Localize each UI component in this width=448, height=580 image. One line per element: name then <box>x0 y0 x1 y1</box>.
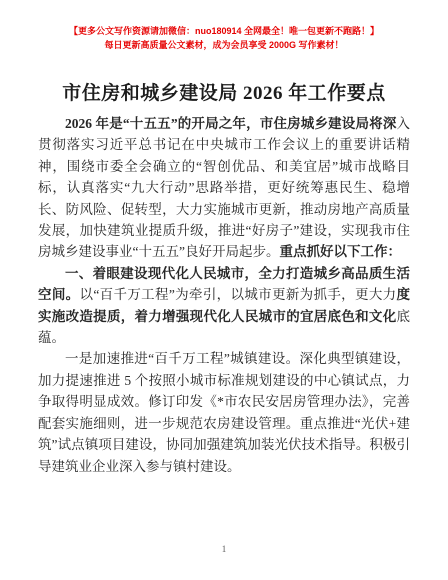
document-page: 【更多公文写作资源请加微信：nuo180914 全网最全！唯一包更新不跑路！】 … <box>0 0 448 580</box>
body-paragraph: 2026 年是“十五五”的开局之年，市住房城乡建设局将深入贯彻落实习近平总书记在… <box>38 113 410 263</box>
notice-line-1: 【更多公文写作资源请加微信：nuo180914 全网最全！唯一包更新不跑路！】 <box>0 25 448 39</box>
page-footer: 1 <box>0 544 448 554</box>
header-notice: 【更多公文写作资源请加微信：nuo180914 全网最全！唯一包更新不跑路！】 … <box>0 0 448 52</box>
document-body: 2026 年是“十五五”的开局之年，市住房城乡建设局将深入贯彻落实习近平总书记在… <box>38 113 410 477</box>
document-title: 市住房和城乡建设局 2026 年工作要点 <box>24 82 424 106</box>
text-segment: 入贯彻落实习近平总书记在中央城市工作会议上的重要讲话精神，围绕市委全会确立的“智… <box>38 116 410 259</box>
page-number: 1 <box>222 544 227 554</box>
body-paragraph: 一是加速推进“百千万工程”城镇建设。深化典型镇建设，加力提速推进 5 个按照小城… <box>38 348 410 476</box>
text-segment: 2026 年是“十五五”的开局之年，市住房城乡建设局将深 <box>65 116 397 131</box>
text-segment: 以“百千万工程”为牵引，以城市更新为抓手，更大力 <box>80 287 397 302</box>
text-segment: 重点抓好以下工作： <box>279 244 401 259</box>
notice-line-2: 每日更新高质量公文素材，成为会员享受 2000G 写作素材！ <box>0 39 448 53</box>
text-segment: 一是加速推进“百千万工程”城镇建设。深化典型镇建设，加力提速推进 5 个按照小城… <box>38 351 410 473</box>
body-paragraph: 一、着眼建设现代化人民城市，全力打造城乡高品质生活空间。以“百千万工程”为牵引，… <box>38 263 410 349</box>
